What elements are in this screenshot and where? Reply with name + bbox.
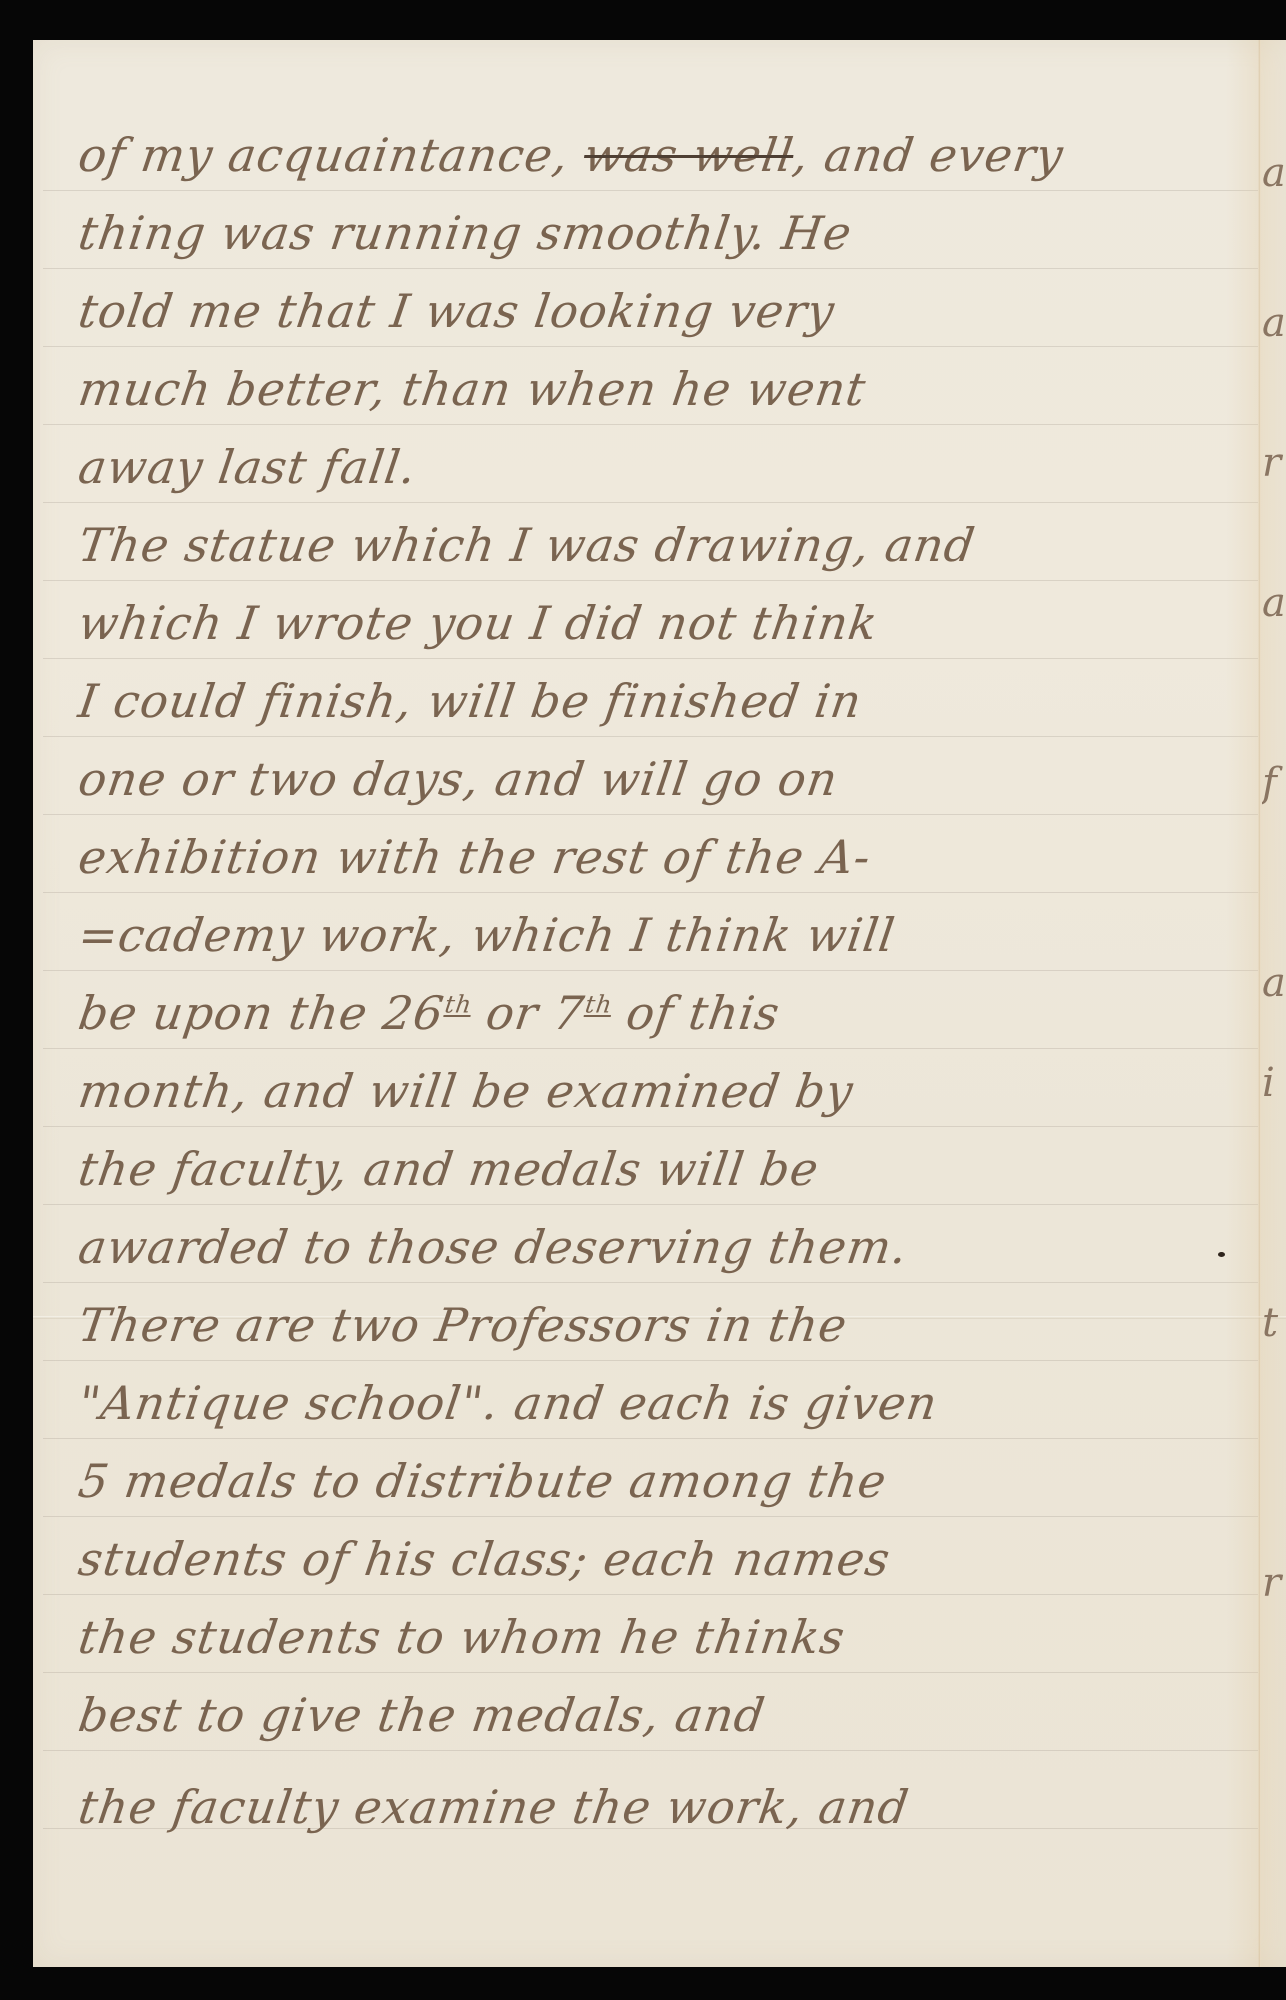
handwritten-line-22: the faculty examine the work, and — [73, 1780, 912, 1850]
adjacent-page-fragment: r — [1262, 1560, 1286, 1606]
handwritten-line-18: 5 medals to distribute among the — [73, 1454, 890, 1524]
line-text: , and every — [790, 128, 1067, 182]
handwritten-line-7: which I wrote you I did not think — [73, 596, 881, 666]
handwritten-line-19: students of his class; each names — [73, 1532, 894, 1602]
handwritten-line-11: =cademy work, which I think will — [73, 908, 899, 978]
handwritten-line-21: best to give the medals, and — [73, 1688, 769, 1758]
handwritten-line-9: one or two days, and will go on — [73, 752, 842, 822]
line-text: of my acquaintance, — [75, 128, 588, 182]
adjacent-page-fragment: a — [1262, 150, 1286, 196]
line-text: be upon the 26 — [75, 986, 447, 1040]
handwritten-line-8: I could finish, will be finished in — [73, 674, 865, 744]
handwritten-line-5: away last fall. — [73, 440, 420, 510]
handwritten-line-4: much better, than when he went — [73, 362, 870, 432]
handwritten-line-3: told me that I was looking very — [73, 284, 838, 354]
adjacent-page-fragment: i — [1262, 1060, 1286, 1106]
ordinal-suffix: th — [443, 991, 474, 1019]
adjacent-page-fragment: r — [1262, 440, 1286, 486]
ink-blot — [1218, 1252, 1225, 1257]
handwritten-line-17: "Antique school". and each is given — [73, 1376, 941, 1446]
handwritten-line-20: the students to whom he thinks — [73, 1610, 849, 1680]
handwritten-line-10: exhibition with the rest of the A- — [73, 830, 874, 900]
handwritten-line-6: The statue which I was drawing, and — [73, 518, 979, 588]
adjacent-page-fragment: a — [1262, 580, 1286, 626]
handwritten-line-15: awarded to those deserving them. — [73, 1220, 911, 1290]
handwritten-line-13: month, and will be examined by — [73, 1064, 857, 1134]
struck-text: was well — [581, 128, 798, 182]
handwritten-line-12: be upon the 26th or 7th of this — [73, 986, 783, 1056]
line-text: or 7 — [467, 986, 588, 1040]
vertical-fold-crease — [1258, 40, 1261, 1967]
handwritten-line-14: the faculty, and medals will be — [73, 1142, 823, 1212]
adjacent-page-fragment: f — [1262, 760, 1286, 806]
adjacent-page-fragment: a — [1262, 960, 1286, 1006]
adjacent-page-fragment: a — [1262, 300, 1286, 346]
handwritten-line-2: thing was running smoothly. He — [73, 206, 856, 276]
letter-page: of my acquaintance, was well, and every … — [33, 40, 1286, 1967]
line-text: of this — [607, 986, 783, 1040]
adjacent-page-fragment: t — [1262, 1300, 1286, 1346]
handwritten-line-16: There are two Professors in the — [73, 1298, 851, 1368]
handwritten-line-1: of my acquaintance, was well, and every — [73, 128, 1067, 198]
